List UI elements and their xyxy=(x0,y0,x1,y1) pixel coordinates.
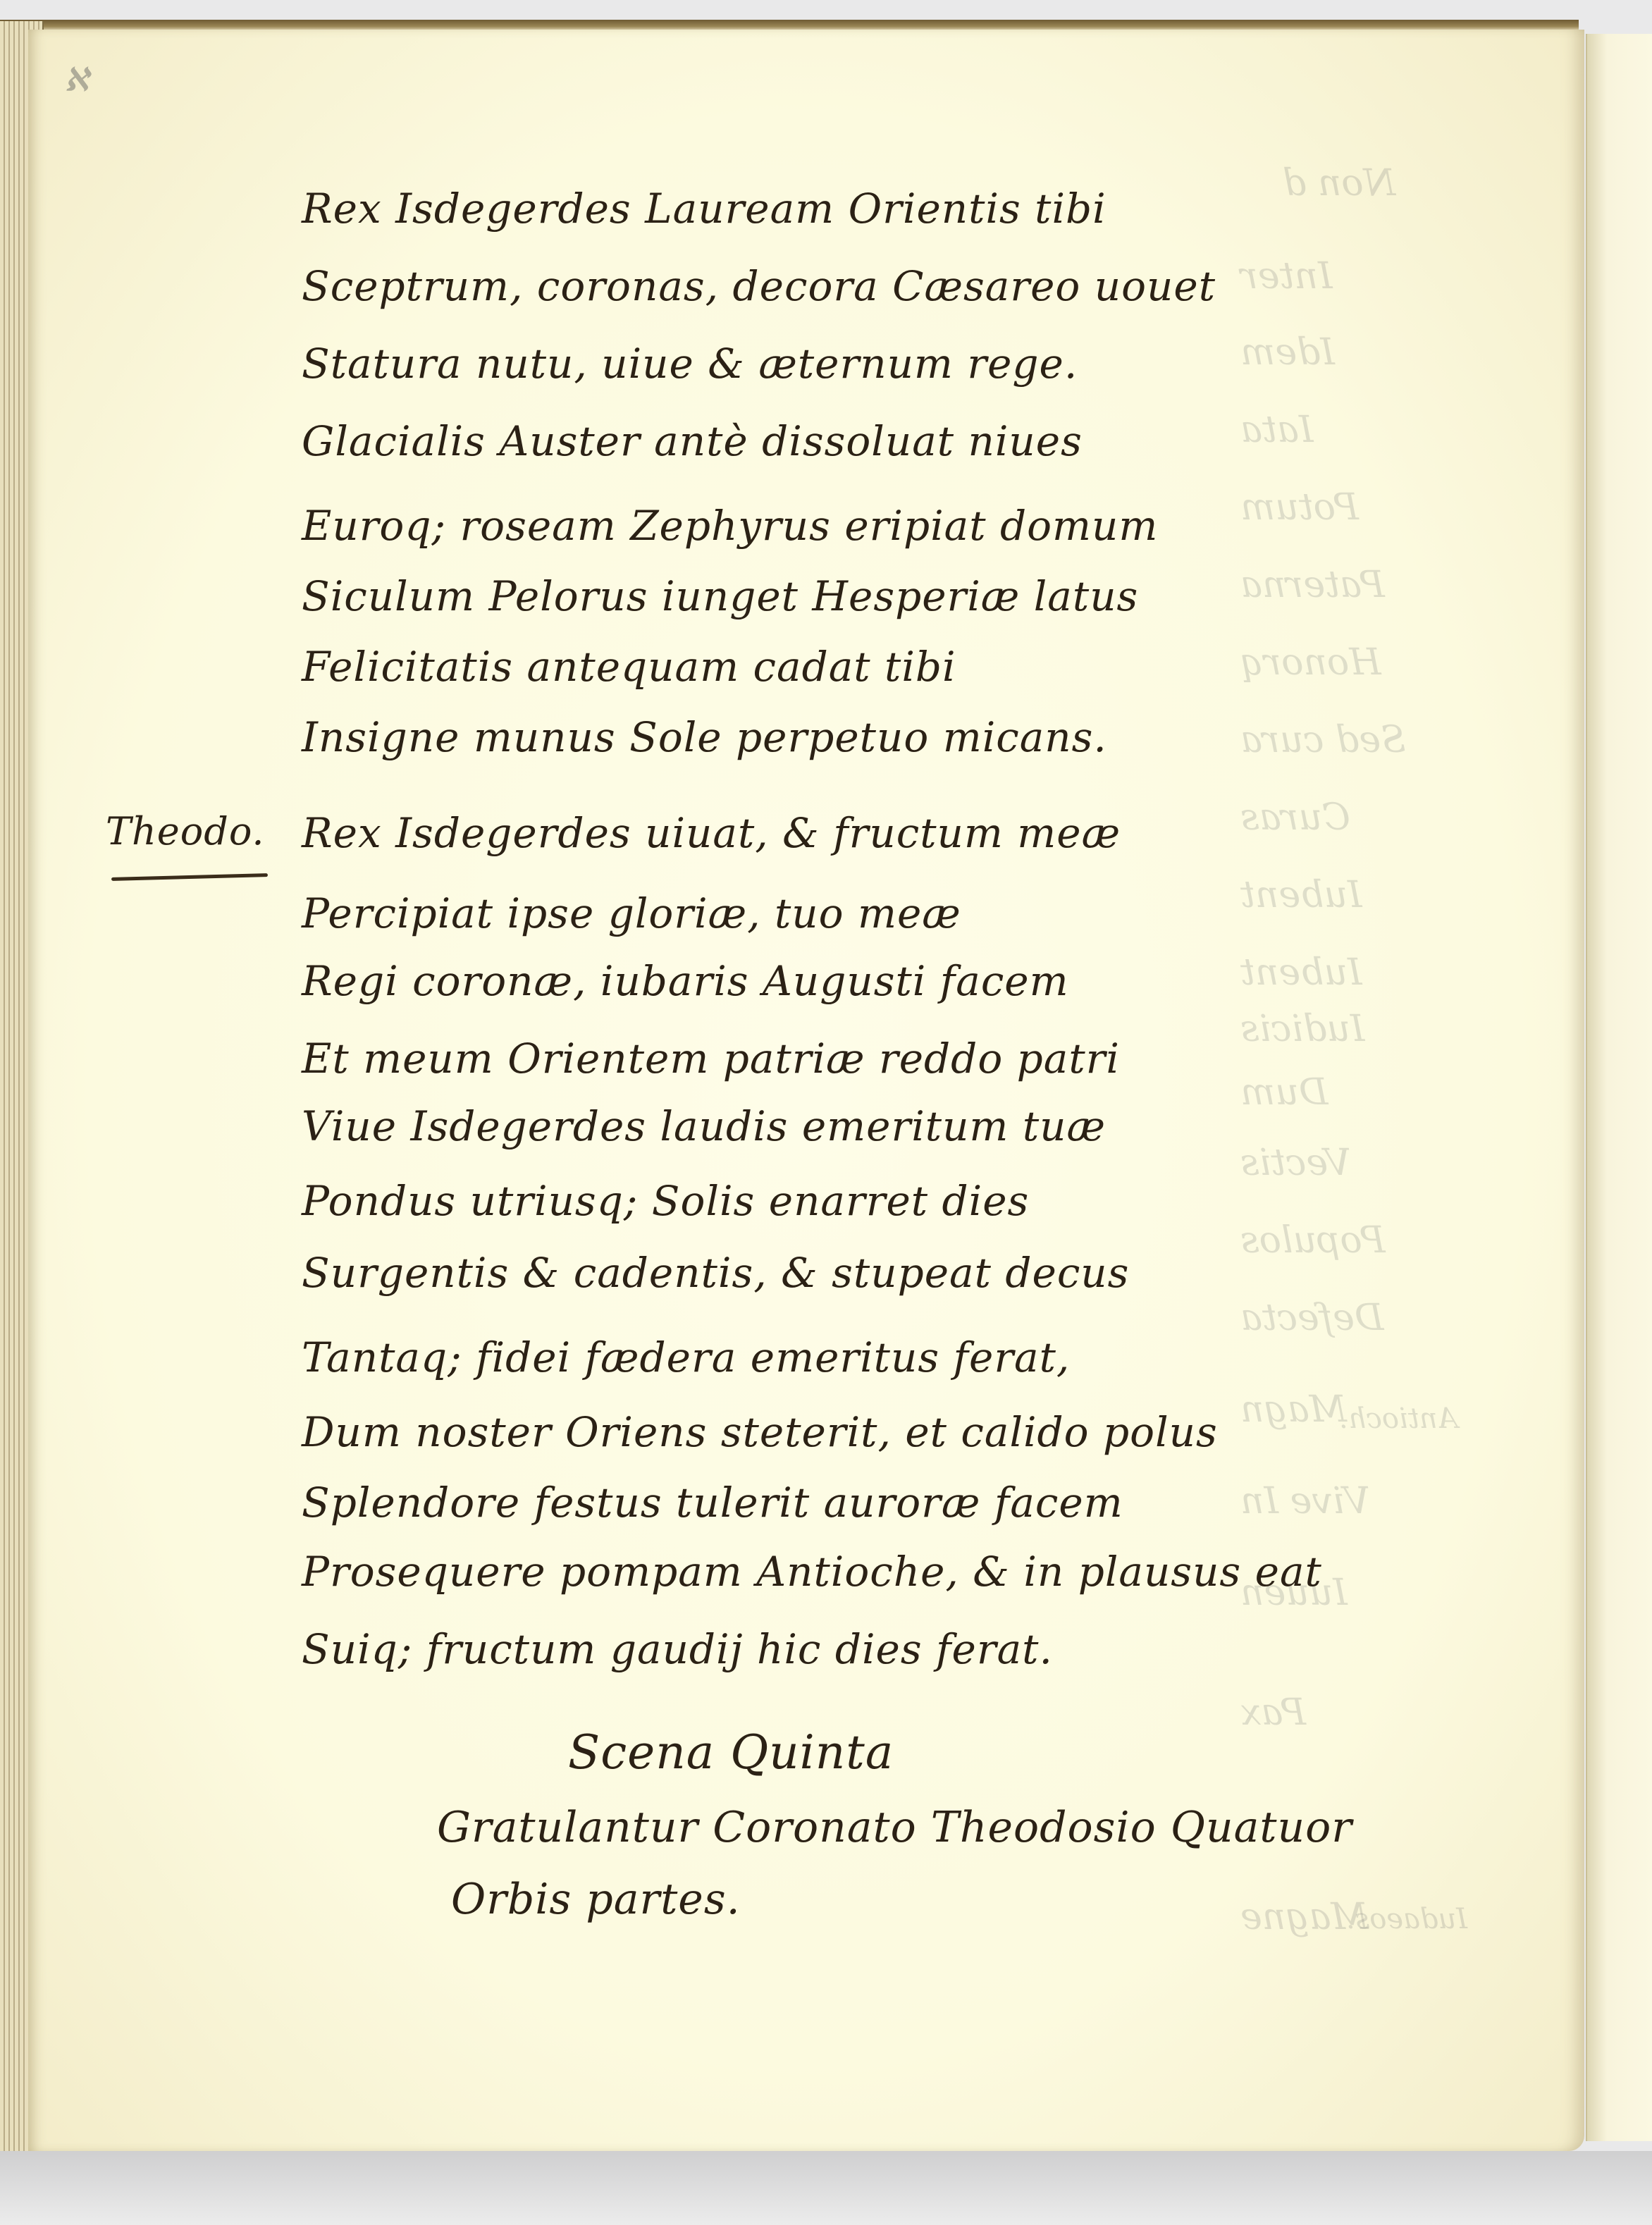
ghost-line: Iata xyxy=(1240,409,1313,451)
verse-line: Sceptrum, coronas, decora Cæsareo uouet xyxy=(302,262,1216,310)
folio-mark: ℵ xyxy=(65,62,88,98)
ghost-line: Iubent xyxy=(1240,874,1362,916)
ghost-line: Paterna xyxy=(1240,564,1385,606)
verse-line: Splendore festus tulerit auroræ facem xyxy=(302,1479,1123,1527)
verse-line: Suiq; fructum gaudij hic dies ferat. xyxy=(302,1625,1053,1673)
verse-line: Viue Isdegerdes laudis emeritum tuæ xyxy=(302,1102,1106,1150)
ghost-line: Idem xyxy=(1240,331,1335,374)
verse-line: Et meum Orientem patriæ reddo patri xyxy=(302,1035,1120,1083)
verse-line: Rex Isdegerdes uiuat, & fructum meæ xyxy=(302,809,1121,857)
ghost-line: Potum xyxy=(1240,486,1359,529)
ghost-line: Honorq xyxy=(1240,641,1381,684)
ghost-line: Curas xyxy=(1240,796,1350,839)
verse-line: Percipiat ipse gloriæ, tuo meæ xyxy=(302,889,961,937)
scene-title: Scena Quinta xyxy=(568,1725,894,1780)
scene-description-line: Orbis partes. xyxy=(451,1875,741,1924)
ghost-speaker-label: Iudaeos. xyxy=(1346,1903,1467,1935)
ghost-line: Vive In xyxy=(1240,1480,1370,1522)
scene-description-line: Gratulantur Coronato Theodosio Quatuor xyxy=(437,1803,1352,1852)
verse-line: Prosequere pompam Antioche, & in plausus… xyxy=(302,1548,1322,1596)
verse-line: Glacialis Auster antè dissoluat niues xyxy=(302,417,1083,465)
ghost-line: Dum xyxy=(1240,1071,1329,1114)
ghost-line: Sed cura xyxy=(1240,719,1406,761)
next-page-edge xyxy=(1586,34,1652,2141)
verse-line: Felicitatis antequam cadat tibi xyxy=(302,643,956,691)
ghost-line: Iubent xyxy=(1240,951,1362,994)
verse-line: Tantaq; fidei fædera emeritus ferat, xyxy=(302,1333,1070,1381)
verse-line: Insigne munus Sole perpetuo micans. xyxy=(302,713,1107,761)
ghost-line: Vectis xyxy=(1240,1142,1351,1184)
verse-line: Pondus utriusq; Solis enarret dies xyxy=(302,1177,1029,1225)
ghost-line: Pax xyxy=(1240,1691,1306,1734)
verse-line: Surgentis & cadentis, & stupeat decus xyxy=(302,1249,1129,1297)
verse-line: Statura nutu, uiue & æternum rege. xyxy=(302,340,1078,388)
ghost-line: Non d xyxy=(1283,162,1395,204)
ghost-speaker-label: Antioch. xyxy=(1339,1403,1457,1435)
verse-line: Euroq; roseam Zephyrus eripiat domum xyxy=(302,502,1158,550)
ghost-line: Inter xyxy=(1240,255,1333,297)
speaker-label: Theodo. xyxy=(106,809,265,853)
ghost-line: Magn xyxy=(1240,1388,1347,1431)
ghost-line: Iudicis xyxy=(1240,1008,1364,1050)
verse-line: Siculum Pelorus iunget Hesperiæ latus xyxy=(302,572,1138,620)
verse-line: Regi coronæ, iubaris Augusti facem xyxy=(302,957,1069,1005)
verse-line: Dum noster Oriens steterit, et calido po… xyxy=(302,1408,1218,1456)
scan-background xyxy=(0,2151,1652,2225)
verse-line: Rex Isdegerdes Lauream Orientis tibi xyxy=(302,185,1107,233)
ghost-line: Populos xyxy=(1240,1219,1386,1262)
ghost-line: Defecta xyxy=(1240,1297,1384,1339)
